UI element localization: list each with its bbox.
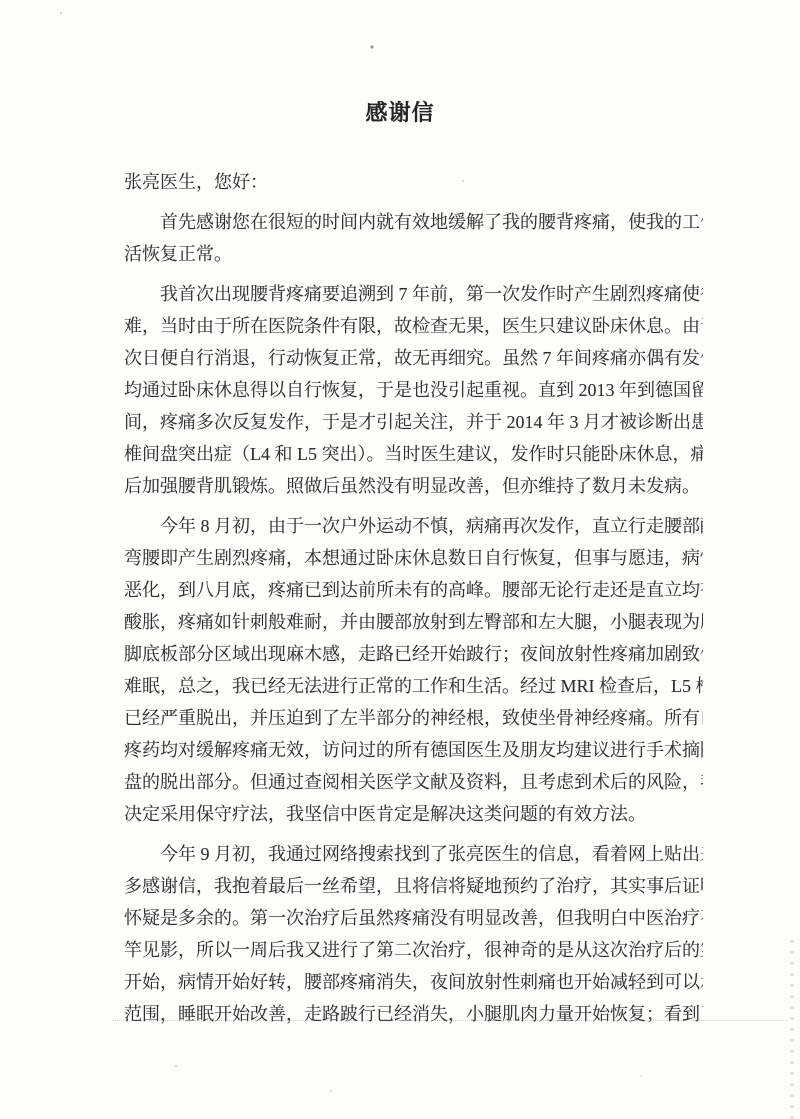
letter-line: 后加强腰背肌锻炼。照做后虽然没有明显改善，但亦维持了数月未发病。 [124,470,703,502]
letter-line: 弯腰即产生剧烈疼痛，本想通过卧床休息数日自行恢复，但事与愿违，病情逐渐 [124,542,703,574]
letter-line: 我首次出现腰背疼痛要追溯到 7 年前，第一次发作时产生剧烈疼痛使行走困 [124,278,703,310]
letter-line: 椎间盘突出症（L4 和 L5 突出）。当时医生建议，发作时只能卧床休息，痛感消失 [124,438,703,470]
letter-line: 今年 9 月初，我通过网络搜索找到了张亮医生的信息，看着网上贴出来的众 [124,838,703,870]
letter-line: 脚底板部分区域出现麻木感，走路已经开始跛行；夜间放射性疼痛加剧致使彻夜 [124,638,703,670]
letter-line: 难眠，总之，我已经无法进行正常的工作和生活。经过 MRI 检查后，L5 椎间盘 [124,670,703,702]
letter-paragraph: 今年 8 月初，由于一次户外运动不慎，病痛再次发作，直立行走腰部酸胀，弯腰即产生… [124,510,703,830]
letter-line: 次日便自行消退，行动恢复正常，故无再细究。虽然 7 年间疼痛亦偶有发作，但 [124,342,703,374]
letter-paragraph: 我首次出现腰背疼痛要追溯到 7 年前，第一次发作时产生剧烈疼痛使行走困难，当时由… [124,278,703,502]
letter-line: 开始，病情开始好转，腰部疼痛消失，夜间放射性刺痛也开始减轻到可以承受的 [124,966,703,998]
letter-line: 难，当时由于所在医院条件有限，故检查无果，医生只建议卧床休息。由于疼痛 [124,310,703,342]
letter-line: 疼药均对缓解疼痛无效，访问过的所有德国医生及朋友均建议进行手术摘除椎间 [124,734,703,766]
scan-edge-noise [790,940,794,1119]
letter-line: 竿见影，所以一周后我又进行了第二次治疗，很神奇的是从这次治疗后的第二天 [124,934,703,966]
scan-speck-artifacts [0,0,2,2]
letter-line: 恶化，到八月底，疼痛已到达前所未有的高峰。腰部无论行走还是直立均有剧烈 [124,574,703,606]
letter-greeting: 张亮医生，您好： [124,166,703,198]
scan-artifact-line [112,1020,788,1021]
letter-line: 多感谢信，我抱着最后一丝希望，且将信将疑地预约了治疗，其实事后证明我的 [124,870,703,902]
letter-line: 首先感谢您在很短的时间内就有效地缓解了我的腰背疼痛，使我的工作和生 [124,206,703,238]
letter-title: 感谢信 [0,96,800,127]
letter-line: 怀疑是多余的。第一次治疗后虽然疼痛没有明显改善，但我明白中医治疗不是立 [124,902,703,934]
letter-line: 决定采用保守疗法，我坚信中医肯定是解决这类问题的有效方法。 [124,798,703,830]
letter-line: 均通过卧床休息得以自行恢复，于是也没引起重视。直到 2013 年到德国留学期 [124,374,703,406]
letter-line: 间，疼痛多次反复发作，于是才引起关注，并于 2014 年 3 月才被诊断出患有腰 [124,406,703,438]
letter-line: 范围，睡眠开始改善，走路跛行已经消失，小腿肌肉力量开始恢复；看到了效果 [124,998,703,1030]
letter-line: 活恢复正常。 [124,238,703,270]
scanned-letter-page: 感谢信 张亮医生，您好： 首先感谢您在很短的时间内就有效地缓解了我的腰背疼痛，使… [0,0,800,1119]
letter-line: 盘的脱出部分。但通过查阅相关医学文献及资料，且考虑到术后的风险，我还是 [124,766,703,798]
letter-line: 已经严重脱出，并压迫到了左半部分的神经根，致使坐骨神经疼痛。所有口服止 [124,702,703,734]
letter-line: 今年 8 月初，由于一次户外运动不慎，病痛再次发作，直立行走腰部酸胀， [124,510,703,542]
letter-paragraphs: 首先感谢您在很短的时间内就有效地缓解了我的腰背疼痛，使我的工作和生活恢复正常。我… [124,206,703,1030]
letter-paragraph: 首先感谢您在很短的时间内就有效地缓解了我的腰背疼痛，使我的工作和生活恢复正常。 [124,206,703,270]
letter-body: 张亮医生，您好： 首先感谢您在很短的时间内就有效地缓解了我的腰背疼痛，使我的工作… [124,166,703,1030]
letter-paragraph: 今年 9 月初，我通过网络搜索找到了张亮医生的信息，看着网上贴出来的众多感谢信，… [124,838,703,1030]
letter-line: 酸胀，疼痛如针刺般难耐，并由腰部放射到左臀部和左大腿，小腿表现为肌无力， [124,606,703,638]
